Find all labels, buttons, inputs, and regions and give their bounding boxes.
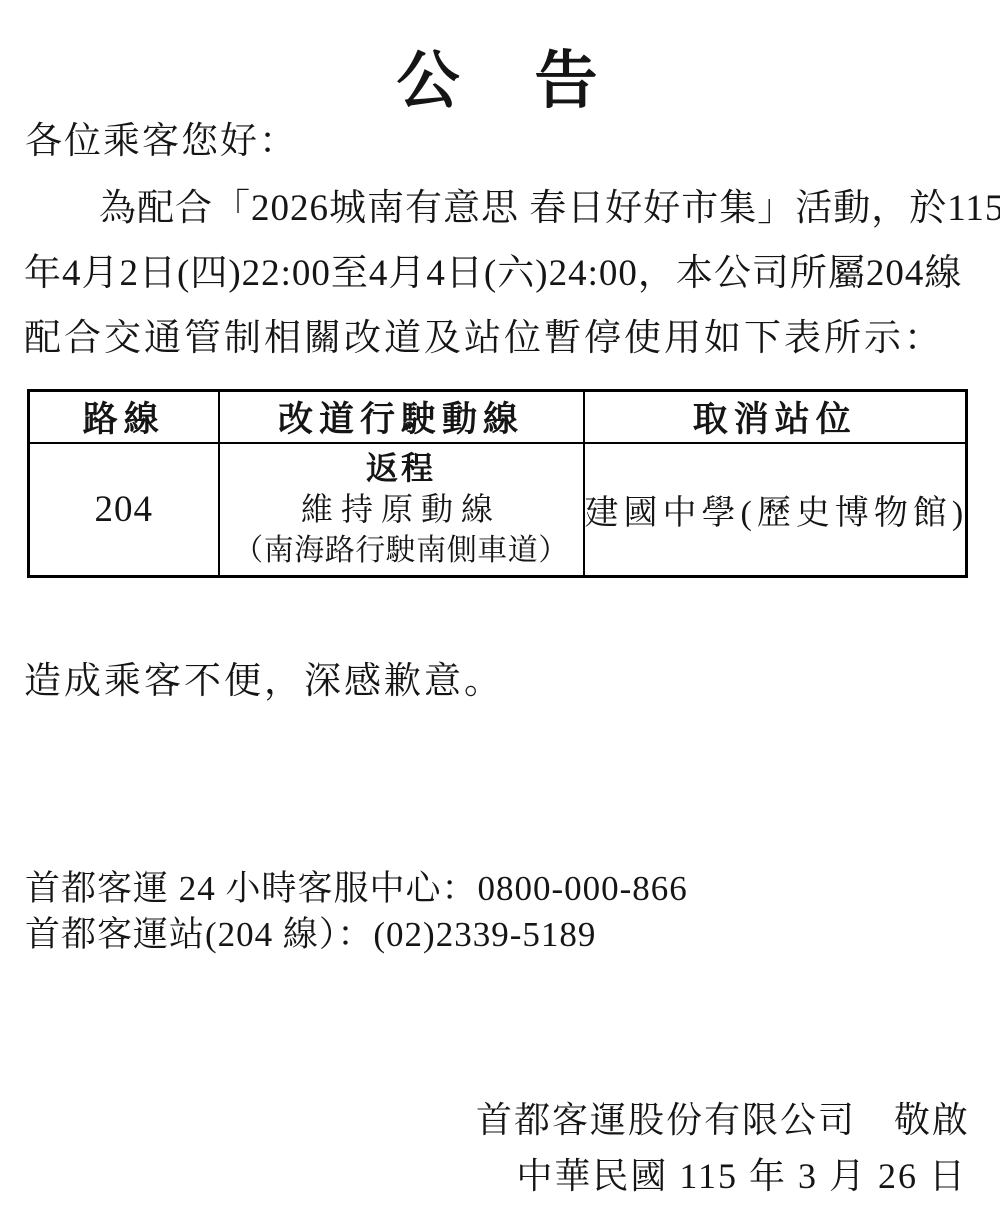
body-paragraph-line-2: 年4月2日(四)22:00至4月4日(六)24:00，本公司所屬204線: [24, 242, 962, 296]
cell-detour-description: 返程 維持原動線 （南海路行駛南側車道）: [219, 443, 584, 577]
detour-table-header: 路線 改道行駛動線 取消站位: [29, 391, 967, 444]
announcement-page: 公 告 各位乘客您好： 為配合「2026城南有意思 春日好好市集」活動，於115…: [0, 0, 1000, 1226]
header-route: 路線: [29, 391, 219, 444]
header-cancelled-stops: 取消站位: [584, 391, 967, 444]
contact-hotline: 首都客運 24 小時客服中心：0800-000-866: [25, 861, 688, 911]
greeting-text: 各位乘客您好：: [25, 110, 298, 164]
page-title: 公 告: [0, 30, 1000, 121]
body-paragraph-line-3: 配合交通管制相關改道及站位暫停使用如下表所示：: [24, 307, 944, 361]
detour-description-line-1: 維持原動線: [220, 489, 583, 530]
contact-station-phone: 首都客運站(204 線）：(02)2339-5189: [25, 907, 596, 957]
header-detour-route: 改道行駛動線: [219, 391, 584, 444]
cell-cancelled-stop: 建國中學(歷史博物館): [584, 443, 967, 577]
table-row: 204 返程 維持原動線 （南海路行駛南側車道） 建國中學(歷史博物館): [29, 443, 967, 577]
detour-table: 路線 改道行駛動線 取消站位 204 返程 維持原動線 （南海路行駛南側車道） …: [27, 389, 968, 578]
signature-text: 首都客運股份有限公司 敬啟: [476, 1092, 970, 1143]
detour-table-body: 204 返程 維持原動線 （南海路行駛南側車道） 建國中學(歷史博物館): [29, 443, 967, 577]
detour-description-line-2: （南海路行駛南側車道）: [220, 530, 583, 571]
table-header-row: 路線 改道行駛動線 取消站位: [29, 391, 967, 444]
date-text: 中華民國 115 年 3 月 26 日: [516, 1148, 967, 1199]
cell-route-number: 204: [29, 443, 219, 577]
apology-text: 造成乘客不便，深感歉意。: [24, 650, 504, 704]
detour-direction-label: 返程: [220, 448, 583, 489]
body-paragraph-line-1: 為配合「2026城南有意思 春日好好市集」活動，於115: [99, 177, 1000, 231]
